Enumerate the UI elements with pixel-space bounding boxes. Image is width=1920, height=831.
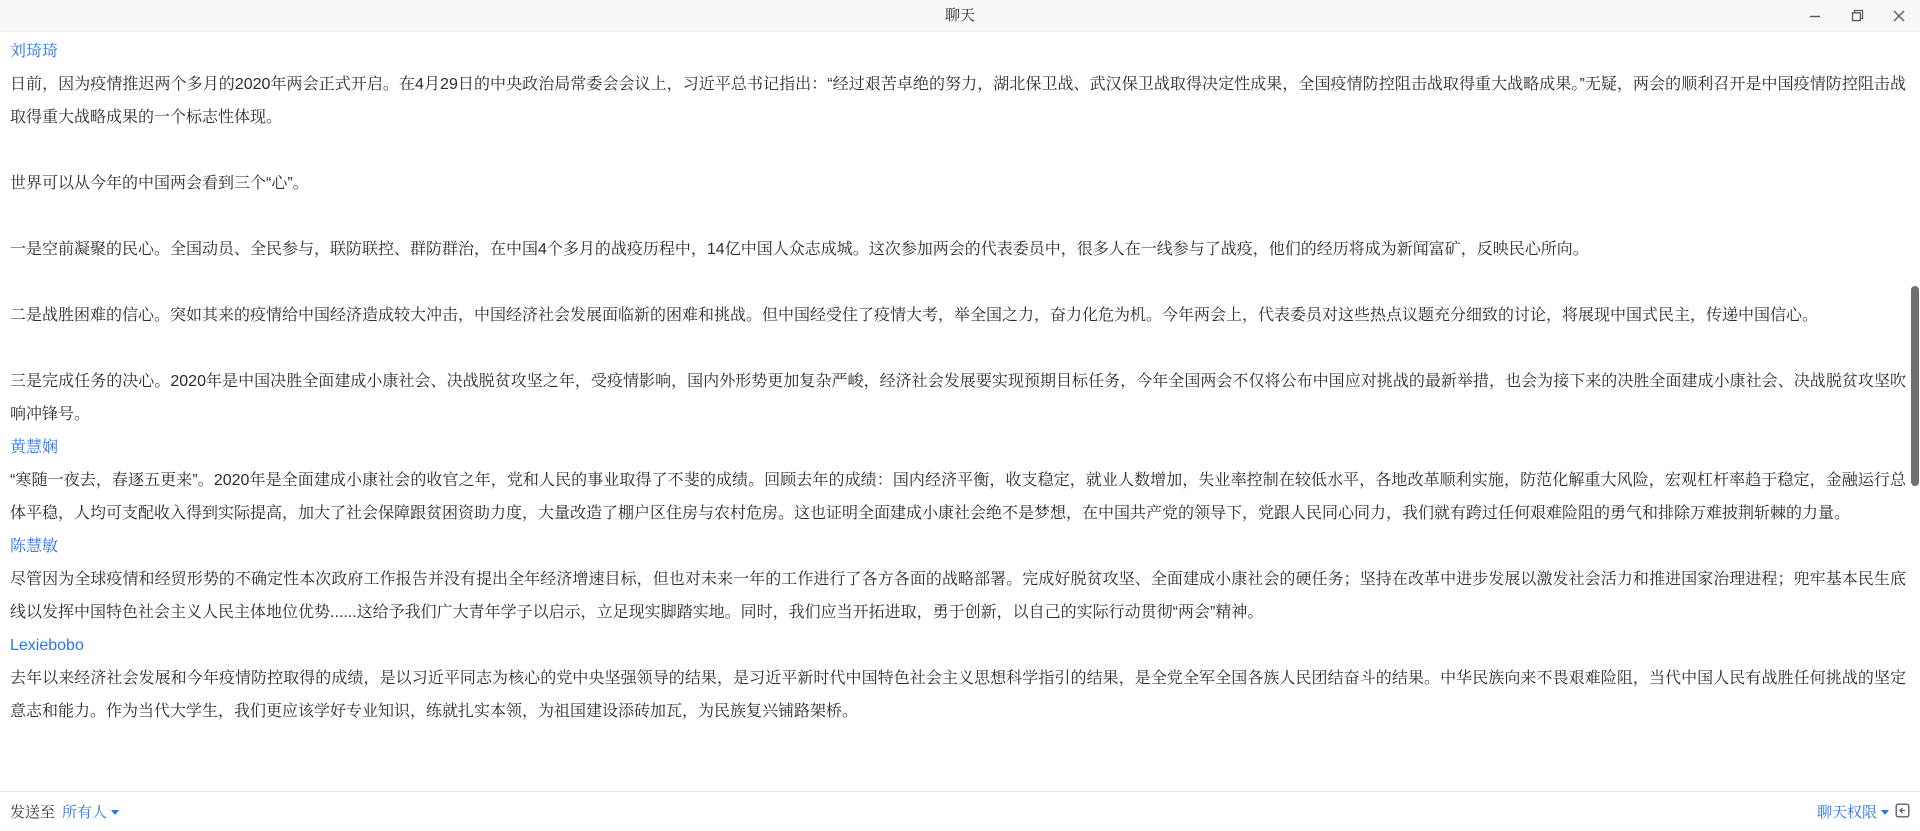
message-text: 日前，因为疫情推迟两个多月的2020年两会正式开启。在4月29日的中央政治局常委… <box>10 68 1906 431</box>
chat-window: 聊天 <box>0 0 1920 831</box>
chat-message: 陈慧敏 尽管因为全球疫情和经贸形势的不确定性本次政府工作报告并没有提出全年经济增… <box>10 530 1906 629</box>
message-text: “寒随一夜去，春逐五更来”。2020年是全面建成小康社会的收官之年，党和人民的事… <box>10 464 1906 530</box>
restore-button[interactable] <box>1836 0 1878 31</box>
chat-footer: 发送至 所有人 聊天权限 <box>0 791 1920 831</box>
chat-message: Lexiebobo 去年以来经济社会发展和今年疫情防控取得的成绩，是以习近平同志… <box>10 629 1906 728</box>
message-text: 去年以来经济社会发展和今年疫情防控取得的成绩，是以习近平同志为核心的党中央坚强领… <box>10 662 1906 728</box>
message-author: 黄慧娴 <box>10 431 1906 464</box>
window-title: 聊天 <box>0 0 1920 31</box>
chat-permission-group: 聊天权限 <box>1817 801 1910 822</box>
chat-message: 刘琦琦 日前，因为疫情推迟两个多月的2020年两会正式开启。在4月29日的中央政… <box>10 35 1906 431</box>
minimize-button[interactable] <box>1794 0 1836 31</box>
send-to-label: 发送至 <box>10 801 55 822</box>
message-author: Lexiebobo <box>10 629 1906 662</box>
message-author: 刘琦琦 <box>10 35 1906 68</box>
titlebar: 聊天 <box>0 0 1920 32</box>
minimize-icon <box>1809 10 1821 22</box>
message-text: 尽管因为全球疫情和经贸形势的不确定性本次政府工作报告并没有提出全年经济增速目标，… <box>10 563 1906 629</box>
message-author: 陈慧敏 <box>10 530 1906 563</box>
popout-icon <box>1895 803 1910 821</box>
send-to-group: 发送至 所有人 <box>10 801 119 822</box>
popout-chat-button[interactable] <box>1895 803 1910 821</box>
chat-message-list[interactable]: 刘琦琦 日前，因为疫情推迟两个多月的2020年两会正式开启。在4月29日的中央政… <box>0 32 1920 791</box>
scrollbar-thumb[interactable] <box>1911 286 1919 486</box>
chevron-down-icon <box>1881 810 1889 815</box>
send-to-value: 所有人 <box>62 801 107 822</box>
close-button[interactable] <box>1878 0 1920 31</box>
chat-permission-label: 聊天权限 <box>1817 801 1877 822</box>
chat-message: 黄慧娴 “寒随一夜去，春逐五更来”。2020年是全面建成小康社会的收官之年，党和… <box>10 431 1906 530</box>
close-icon <box>1893 10 1905 22</box>
chevron-down-icon <box>111 810 119 815</box>
restore-icon <box>1851 9 1864 22</box>
chat-permission-selector[interactable]: 聊天权限 <box>1817 801 1889 822</box>
send-to-selector[interactable]: 所有人 <box>62 801 119 822</box>
window-controls <box>1794 0 1920 31</box>
